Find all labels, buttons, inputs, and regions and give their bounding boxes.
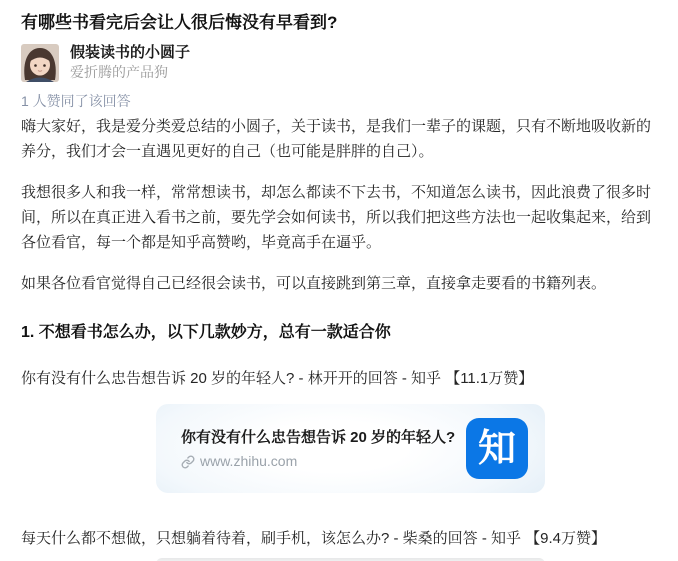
author-meta: 假装读书的小圆子 爱折腾的产品狗 — [70, 43, 190, 82]
author-name[interactable]: 假装读书的小圆子 — [70, 43, 190, 63]
zhihu-link-card[interactable]: 你有没有什么忠告想告诉 20 岁的年轻人? www.zhihu.com 知 — [156, 404, 545, 493]
answer-paragraph: 如果各位看官觉得自己已经很会读书，可以直接跳到第三章，直接拿走要看的书籍列表。 — [21, 271, 657, 296]
link-icon — [181, 455, 195, 469]
zhihu-logo-icon: 知 — [466, 418, 528, 479]
link-card-url-row: www.zhihu.com — [181, 453, 455, 470]
author-block: 假装读书的小圆子 爱折腾的产品狗 — [21, 43, 657, 82]
answer-paragraph: 嗨大家好，我是爱分类爱总结的小圆子，关于读书，是我们一辈子的课题，只有不断地吸收… — [21, 114, 657, 164]
upvote-count-text: 1 人赞同了该回答 — [21, 92, 657, 110]
recommendation-line-1: 你有没有什么忠告想告诉 20 岁的年轻人? - 林开开的回答 - 知乎 【11.… — [21, 366, 657, 391]
link-card-title: 你有没有什么忠告想告诉 20 岁的年轻人? — [181, 427, 455, 448]
avatar-photo-placeholder — [21, 44, 59, 82]
answer-paragraph: 我想很多人和我一样，常常想读书，却怎么都读不下去书，不知道怎么读书，因此浪费了很… — [21, 180, 657, 255]
section-heading: 1. 不想看书怎么办，以下几款妙方，总有一款适合你 — [21, 320, 657, 345]
link-card-text: 你有没有什么忠告想告诉 20 岁的年轻人? www.zhihu.com — [181, 427, 455, 470]
author-avatar[interactable] — [21, 44, 59, 82]
link-card-url: www.zhihu.com — [200, 453, 297, 470]
question-title: 有哪些书看完后会让人很后悔没有早看到? — [21, 10, 657, 36]
author-headline: 爱折腾的产品狗 — [70, 63, 190, 82]
recommendation-line-2: 每天什么都不想做，只想躺着待着，刷手机，该怎么办? - 柴桑的回答 - 知乎 【… — [21, 526, 657, 551]
